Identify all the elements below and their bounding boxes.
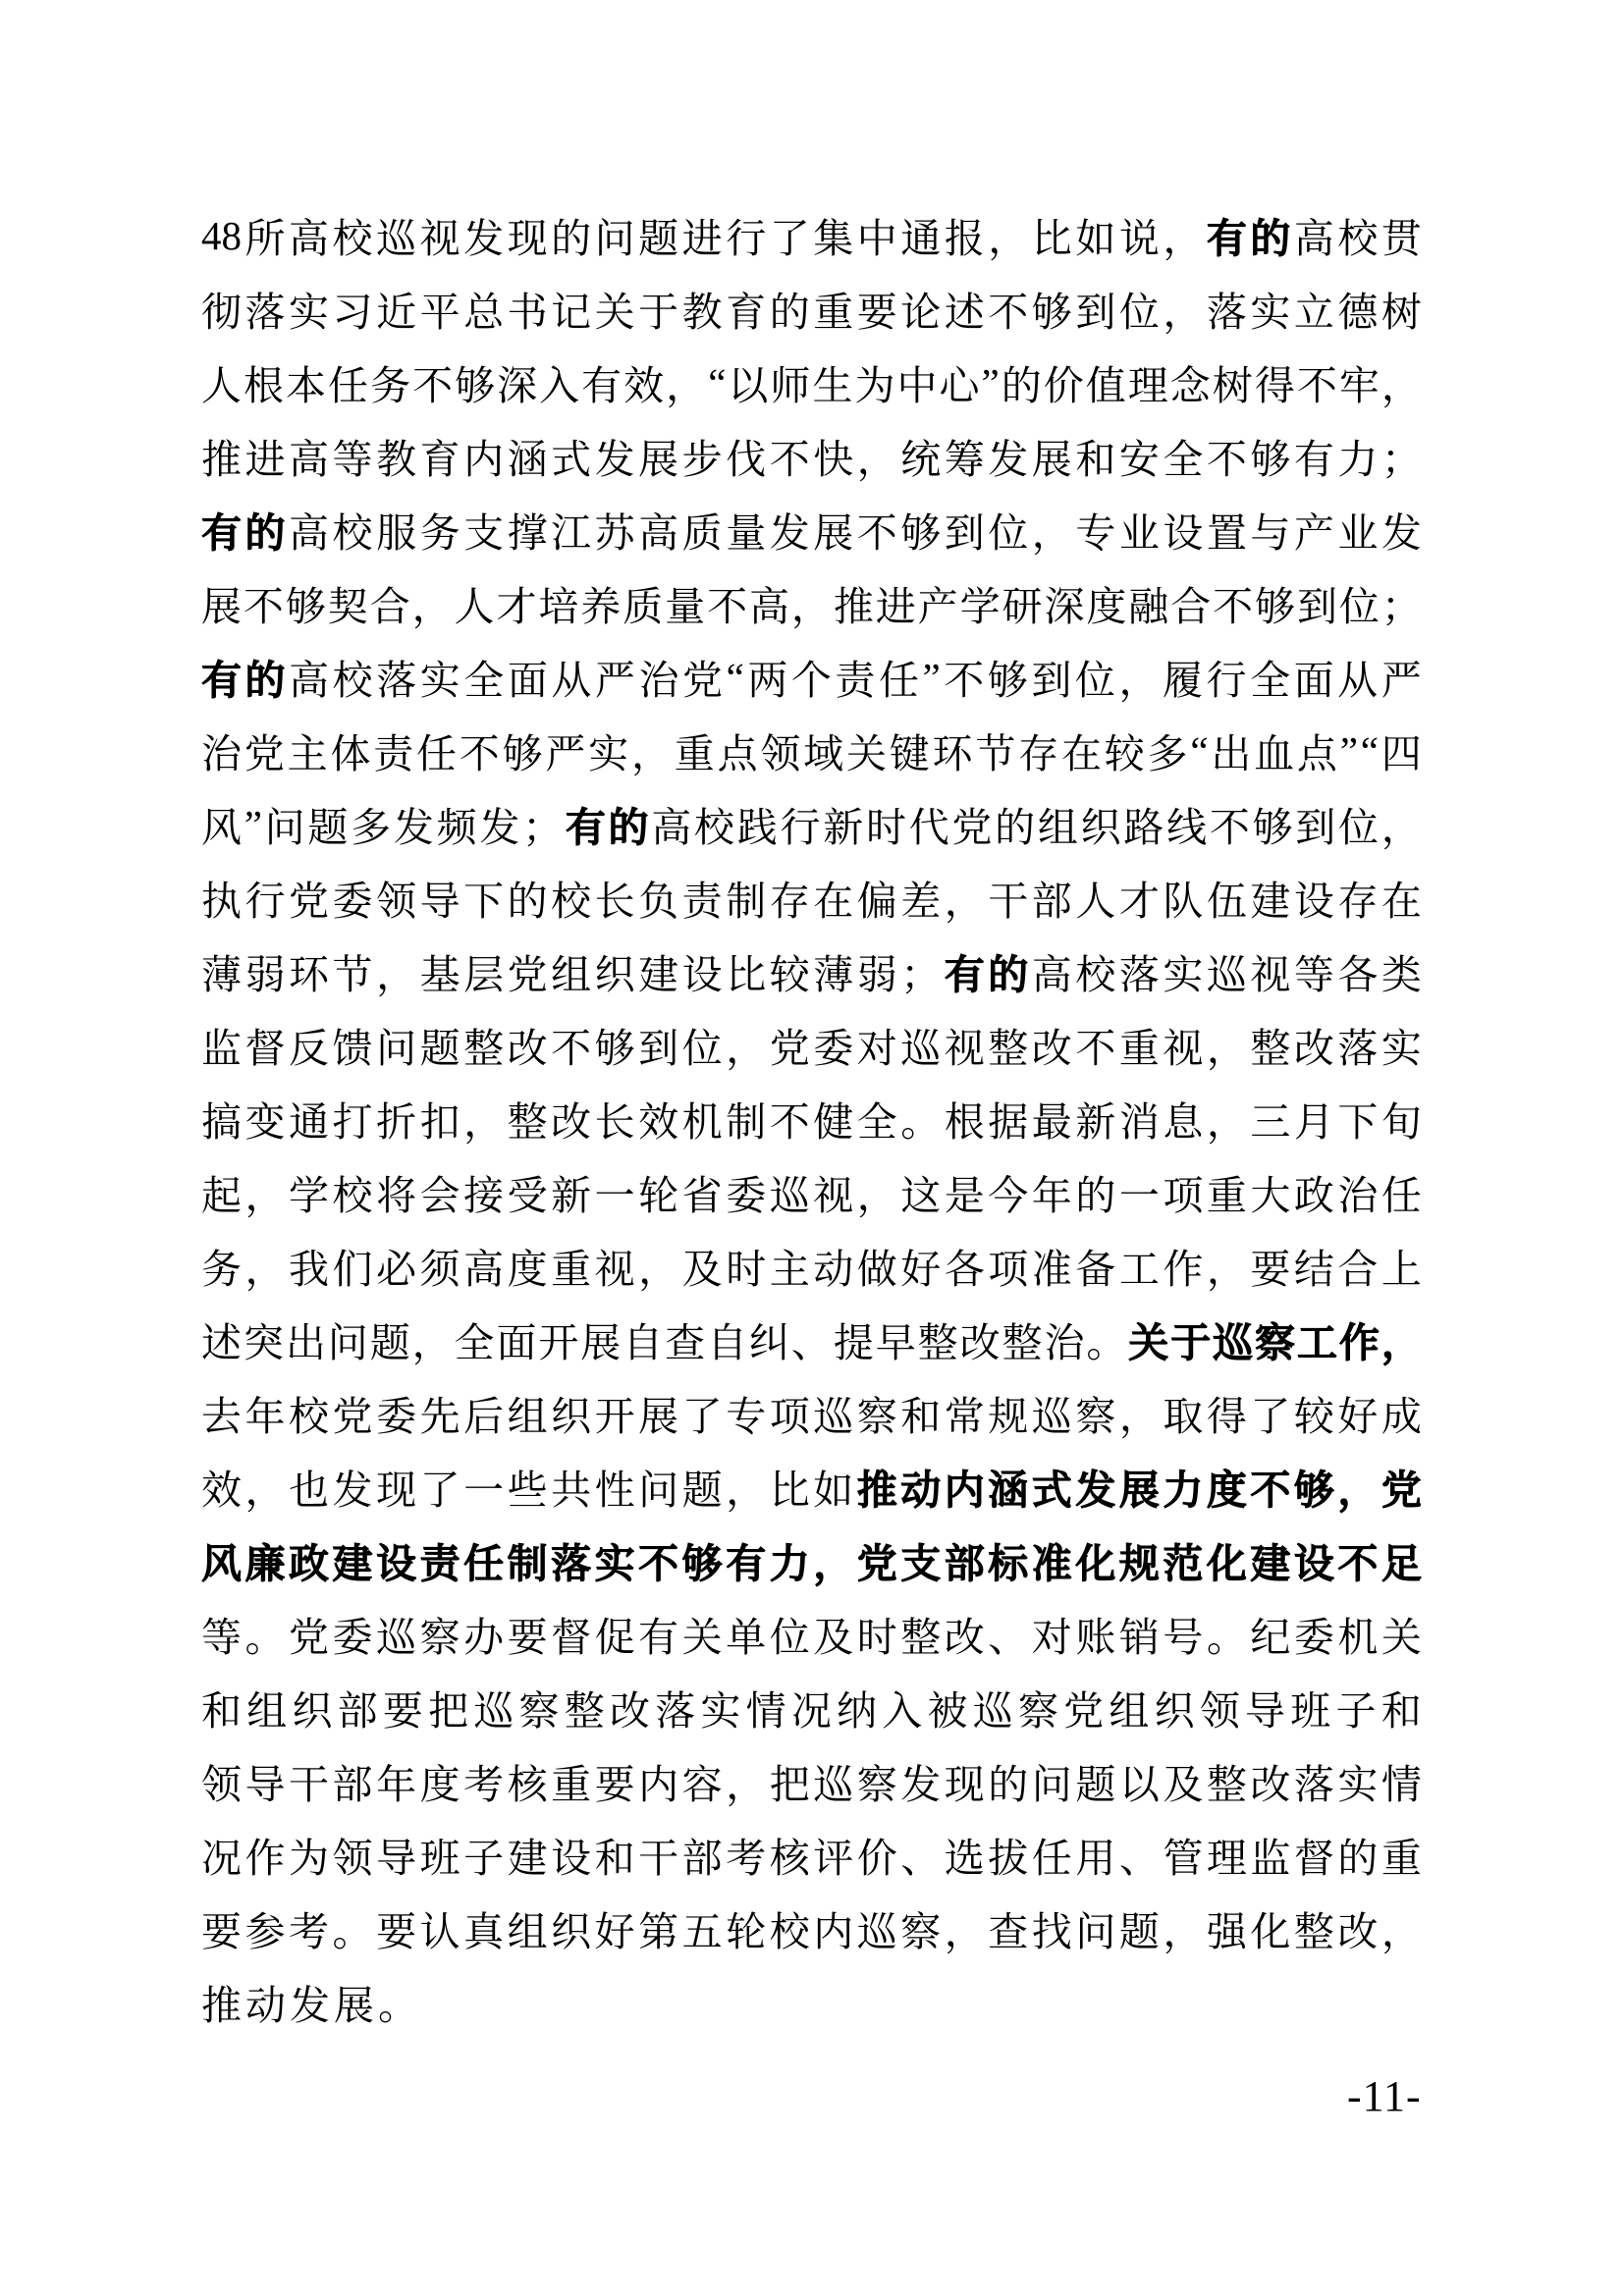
character: 党 (244, 721, 285, 779)
character: 领 (333, 1826, 373, 1884)
bold-character: 任 (463, 1531, 504, 1589)
character: 发 (595, 427, 635, 485)
text-line: 薄弱环节，基层党组织建设比较薄弱；有的高校落实巡视等各类 (201, 934, 1422, 1008)
character: 机 (682, 1090, 723, 1148)
character: 校 (333, 501, 373, 559)
character: 部 (333, 1752, 373, 1810)
character: 实 (1381, 1016, 1422, 1074)
character: 校 (694, 795, 734, 853)
character: 全 (857, 1090, 897, 1148)
character: 设 (551, 1826, 591, 1884)
character: 项 (1163, 1163, 1203, 1221)
character: 察 (1075, 1384, 1115, 1442)
text-line: 搞变通打折扣，整改长效机制不健全。根据最新消息，三月下旬 (201, 1082, 1422, 1155)
character: ” (923, 654, 941, 701)
character: 代 (909, 795, 949, 853)
character: 五 (682, 1899, 723, 1957)
bold-character: 政 (289, 1531, 329, 1589)
bold-character: 力 (770, 1531, 810, 1589)
character: ； (900, 942, 941, 1000)
character: 账 (1075, 1605, 1115, 1663)
text-line: 效，也发现了一些共性问题，比如推动内涵式发展力度不够，党 (201, 1450, 1422, 1523)
character: ； (1381, 427, 1422, 485)
character: 制 (726, 869, 766, 927)
character: 键 (890, 721, 930, 779)
character: 领 (1200, 1679, 1240, 1736)
character: 的 (988, 1752, 1028, 1810)
character: 现 (508, 206, 548, 264)
character: 党 (333, 1384, 373, 1442)
character: 部 (338, 1679, 378, 1736)
character: 有 (1294, 427, 1334, 485)
character: ， (1118, 648, 1159, 706)
character: ， (857, 427, 897, 485)
character: 关 (682, 1605, 723, 1663)
character: 高 (749, 574, 789, 632)
character: 高 (638, 501, 678, 559)
character: 如 (1075, 206, 1115, 264)
character: 主 (770, 1237, 810, 1295)
character: 牢 (1339, 353, 1380, 411)
character: “ (1361, 727, 1379, 774)
character: “ (708, 359, 726, 406)
character: 以 (1119, 1752, 1160, 1810)
character: 师 (770, 353, 810, 411)
character: 要 (376, 1899, 416, 1957)
character: 中 (896, 353, 937, 411)
character: 中 (857, 206, 897, 264)
character: 自 (623, 1310, 663, 1368)
character: 巡 (770, 1163, 810, 1221)
bold-character: ， (1337, 1458, 1378, 1516)
character: 视 (945, 1016, 985, 1074)
bold-character: 廉 (245, 1531, 286, 1589)
character: 及 (813, 1605, 853, 1663)
character: 总 (463, 280, 504, 338)
character: 在 (1061, 721, 1102, 779)
character: 校 (770, 1899, 810, 1957)
bold-character: 力 (1163, 1458, 1203, 1516)
character: 到 (1297, 574, 1337, 632)
character: 得 (1207, 1384, 1247, 1442)
character: 体 (330, 721, 370, 779)
character: 价 (1044, 353, 1084, 411)
text-line: 要参考。要认真组织好第五轮校内巡察，查找问题，强化整改， (201, 1892, 1422, 1965)
character: 现 (945, 1752, 985, 1810)
character: 。 (900, 1090, 941, 1148)
character: 整 (1294, 1899, 1334, 1957)
character: 整 (463, 1016, 504, 1074)
character: 发 (479, 795, 519, 853)
character: 视 (1250, 942, 1290, 1000)
character: 项 (770, 1384, 810, 1442)
character: 巡 (376, 1605, 416, 1663)
character: 深 (497, 353, 537, 411)
character: 好 (595, 1899, 635, 1957)
text-line: 彻落实习近平总书记关于教育的重要论述不够到位，落实立德树 (201, 272, 1422, 346)
character: 织 (551, 1384, 591, 1442)
character: 四 (1381, 721, 1422, 779)
character: 组 (508, 1899, 548, 1957)
character: 面 (508, 648, 548, 706)
bold-character: 有 (566, 795, 606, 853)
character: 。 (1086, 1310, 1126, 1368)
character: ， (988, 206, 1028, 264)
character: 快 (813, 427, 853, 485)
bold-character: 内 (945, 1458, 985, 1516)
text-line: 推动发展。 (201, 1965, 1422, 2039)
character: 问 (1075, 1899, 1115, 1957)
character: 察 (857, 1384, 897, 1442)
character: 年 (245, 1384, 286, 1442)
character: ， (245, 1458, 286, 1516)
character: 通 (289, 1090, 329, 1148)
character: 制 (726, 1090, 766, 1148)
character: 于 (638, 280, 678, 338)
bold-character: 范 (1163, 1531, 1203, 1589)
character: 展 (1032, 427, 1072, 485)
bold-character: 的 (1250, 206, 1290, 264)
character: 生 (812, 353, 852, 411)
character: 考 (463, 1752, 504, 1810)
bold-character: 设 (1294, 1531, 1334, 1589)
character: 组 (1038, 795, 1078, 853)
character: 力 (1337, 427, 1378, 485)
character: 平 (420, 280, 460, 338)
character: 点 (1297, 721, 1337, 779)
character: 情 (746, 1679, 786, 1736)
character: 苏 (595, 501, 635, 559)
character: 效 (623, 353, 664, 411)
character: 委 (376, 1384, 416, 1442)
character: 步 (682, 427, 723, 485)
character: 面 (496, 1310, 536, 1368)
character: 执 (201, 869, 242, 927)
character: 况 (201, 1826, 242, 1884)
character: 题 (638, 206, 678, 264)
character: 不 (1075, 1016, 1115, 1074)
character: 党 (289, 869, 329, 927)
character: 开 (595, 1384, 635, 1442)
character: 察 (900, 1899, 941, 1957)
character: 改 (960, 1310, 1001, 1368)
character: 月 (1294, 1090, 1334, 1148)
character: 的 (1337, 1826, 1378, 1884)
character: 够 (900, 501, 941, 559)
text-line: 领导干部年度考核重要内容，把巡察发现的问题以及整改落实情 (201, 1744, 1422, 1818)
character: 实 (1337, 1752, 1378, 1810)
character: 一 (463, 1458, 504, 1516)
character: 建 (508, 1826, 548, 1884)
character: 的 (1075, 1163, 1115, 1221)
character: 要 (383, 1679, 423, 1736)
character: 党 (289, 1605, 329, 1663)
character: 教 (376, 427, 416, 485)
character: 长 (595, 1090, 635, 1148)
character: 不 (460, 721, 500, 779)
character: 干 (289, 1752, 329, 1810)
character: 改 (551, 1090, 591, 1148)
character: 高 (651, 795, 691, 853)
character: 做 (857, 1237, 897, 1295)
character: 查 (988, 1899, 1028, 1957)
character: 督 (551, 1605, 591, 1663)
bold-character: 够 (1294, 1458, 1334, 1516)
character: 不 (551, 1016, 591, 1074)
character: 动 (813, 1237, 853, 1295)
character: 比 (1032, 206, 1072, 264)
character: 问 (328, 1310, 368, 1368)
character: 题 (682, 1458, 723, 1516)
character: 层 (463, 942, 504, 1000)
character: 真 (463, 1899, 504, 1957)
character: 干 (638, 1826, 678, 1884)
character: 专 (726, 1384, 766, 1442)
character: 展 (334, 1973, 374, 2031)
character: 内 (813, 1899, 853, 1957)
character: 高 (289, 427, 329, 485)
character: 题 (307, 795, 348, 853)
bold-character: 的 (245, 648, 286, 706)
character: 出 (286, 1310, 326, 1368)
character: 据 (988, 1090, 1028, 1148)
character: 机 (1337, 1605, 1378, 1663)
bold-character: 实 (595, 1531, 635, 1589)
character: 够 (1253, 795, 1293, 853)
character: 纳 (837, 1679, 877, 1736)
character: 设 (1163, 501, 1203, 559)
character: 发 (333, 1458, 373, 1516)
bold-character: 不 (1337, 1531, 1378, 1589)
character: 督 (1294, 1826, 1334, 1884)
character: 找 (1032, 1899, 1072, 1957)
character: 时 (726, 1237, 766, 1295)
character: 织 (292, 1679, 332, 1736)
character: 人 (201, 353, 242, 411)
character: 整 (1207, 1752, 1247, 1810)
character: 党 (508, 942, 548, 1000)
character: 发 (770, 501, 810, 559)
character: ， (1163, 280, 1203, 338)
character: 节 (333, 942, 373, 1000)
character: ， (412, 1310, 453, 1368)
character: 轮 (638, 1163, 678, 1221)
character: 准 (1032, 1237, 1072, 1295)
character: 改 (1032, 1016, 1072, 1074)
character: 组 (246, 1679, 287, 1736)
character: 等 (201, 1605, 242, 1663)
character: 是 (945, 1163, 985, 1221)
character: 彻 (201, 280, 242, 338)
character: 全 (1163, 427, 1203, 485)
character: 把 (770, 1752, 810, 1810)
character: 有 (581, 353, 622, 411)
character: 长 (595, 869, 635, 927)
character: 不 (244, 574, 284, 632)
character: 校 (333, 206, 373, 264)
character: 伐 (726, 427, 766, 485)
character: 共 (551, 1458, 591, 1516)
character: 备 (1075, 1237, 1115, 1295)
character: 整 (988, 1016, 1028, 1074)
character: 理 (1128, 353, 1168, 411)
character: 党 (1063, 1679, 1104, 1736)
bold-character: 风 (201, 1531, 242, 1589)
character: 了 (1250, 1384, 1290, 1442)
character: 我 (289, 1237, 329, 1295)
bold-character: 的 (609, 795, 649, 853)
character: 不 (857, 501, 897, 559)
character: ， (1207, 1237, 1247, 1295)
character: 巡 (857, 1899, 897, 1957)
character: 育 (726, 280, 766, 338)
character: 被 (928, 1679, 968, 1736)
character: 出 (1211, 721, 1251, 779)
character: 效 (638, 1090, 678, 1148)
character: 导 (1245, 1679, 1285, 1736)
character: ， (857, 1163, 897, 1221)
text-line: 述突出问题，全面开展自查自纠、提早整改整治。关于巡察工作， (201, 1303, 1422, 1376)
character: 新 (551, 1163, 591, 1221)
character: 实 (1250, 280, 1290, 338)
character: 织 (1081, 795, 1121, 853)
character: 动 (245, 1973, 286, 2031)
character: 通 (900, 206, 941, 264)
character: 察 (1018, 1679, 1058, 1736)
character: 行 (245, 869, 286, 927)
character: 培 (538, 574, 578, 632)
character: 不 (1210, 795, 1250, 853)
character: 服 (376, 501, 416, 559)
character: ， (1207, 1090, 1247, 1148)
character: 质 (682, 501, 723, 559)
character: 评 (813, 1826, 853, 1884)
character: 够 (1032, 280, 1072, 338)
bold-character: 建 (1250, 1531, 1290, 1589)
character: 察 (519, 1679, 560, 1736)
character: 位 (682, 1016, 723, 1074)
document-page: 48所高校巡视发现的问题进行了集中通报，比如说，有的高校贯彻落实习近平总书记关于… (0, 0, 1624, 2296)
character: 近 (376, 280, 416, 338)
bold-character: 于 (1170, 1310, 1211, 1368)
character: 值 (1086, 353, 1126, 411)
character: 察 (420, 1605, 460, 1663)
character: 置 (1207, 501, 1247, 559)
character: 内 (638, 1752, 678, 1810)
character: 够 (1250, 427, 1290, 485)
character: 要 (508, 1605, 548, 1663)
character: 展 (580, 1310, 621, 1368)
character: 比 (770, 1458, 810, 1516)
character: 单 (726, 1605, 766, 1663)
bold-character: 落 (551, 1531, 591, 1589)
character: 论 (900, 280, 941, 338)
character: 从 (551, 648, 591, 706)
character: 合 (1337, 1237, 1378, 1295)
character: 弱 (857, 942, 897, 1000)
character: 不 (770, 427, 810, 485)
bold-character: 不 (1250, 1458, 1290, 1516)
character: 本 (286, 353, 326, 411)
character: 任 (1032, 1826, 1072, 1884)
character: 任 (416, 721, 457, 779)
character: 如 (813, 1458, 853, 1516)
character: 后 (463, 1384, 504, 1442)
character: 根 (244, 353, 284, 411)
character: 接 (463, 1163, 504, 1221)
character: 进 (682, 206, 723, 264)
character: 轮 (726, 1899, 766, 1957)
character: 把 (428, 1679, 468, 1736)
character: 的 (508, 869, 548, 927)
character: ， (638, 1237, 678, 1295)
character: 整 (565, 1679, 605, 1736)
character: 织 (595, 942, 635, 1000)
bold-character: 式 (1032, 1458, 1072, 1516)
bold-character: 足 (1381, 1531, 1422, 1589)
character: 须 (420, 1237, 460, 1295)
character: 反 (289, 1016, 329, 1074)
character: 业 (1119, 501, 1160, 559)
bold-character: 推 (857, 1458, 897, 1516)
bold-character: 有 (726, 1531, 766, 1589)
bold-character: 关 (1128, 1310, 1168, 1368)
character: 整 (900, 1605, 941, 1663)
character: 一 (595, 1163, 635, 1221)
character: 较 (770, 942, 810, 1000)
character: 导 (420, 869, 460, 927)
character: 位 (1338, 795, 1379, 853)
character: 全 (1250, 648, 1290, 706)
character: 、 (791, 1310, 832, 1368)
character: 位 (988, 501, 1028, 559)
character: 德 (1337, 280, 1378, 338)
character: 在 (1381, 869, 1422, 927)
bold-character: 设 (376, 1531, 416, 1589)
character: 落 (1207, 280, 1247, 338)
character: 落 (245, 280, 286, 338)
page-number: -11- (1347, 2075, 1422, 2118)
character: 责 (373, 721, 413, 779)
bold-character: 责 (420, 1531, 460, 1589)
character: 改 (945, 1605, 985, 1663)
character: 落 (655, 1679, 695, 1736)
character: “ (1190, 727, 1208, 774)
character: 入 (539, 353, 579, 411)
character: 设 (682, 942, 723, 1000)
character: 领 (376, 869, 416, 927)
character: 偏 (857, 869, 897, 927)
character: 。 (1207, 1605, 1247, 1663)
character: 才 (496, 574, 536, 632)
character: 校 (289, 1384, 329, 1442)
character: 48 (201, 212, 242, 259)
character: 频 (437, 795, 477, 853)
character: 不 (988, 280, 1028, 338)
character: 价 (857, 1826, 897, 1884)
character: 到 (945, 501, 985, 559)
character: 导 (245, 1752, 286, 1810)
character: 基 (420, 942, 460, 1000)
character: 筹 (945, 427, 985, 485)
character: 强 (1207, 1899, 1247, 1957)
bold-character: 够 (682, 1531, 723, 1589)
character: 队 (1163, 869, 1203, 927)
character: 主 (288, 721, 328, 779)
character: 考 (726, 1826, 766, 1884)
bold-character: 准 (1032, 1531, 1072, 1589)
character: 巡 (1032, 1384, 1072, 1442)
